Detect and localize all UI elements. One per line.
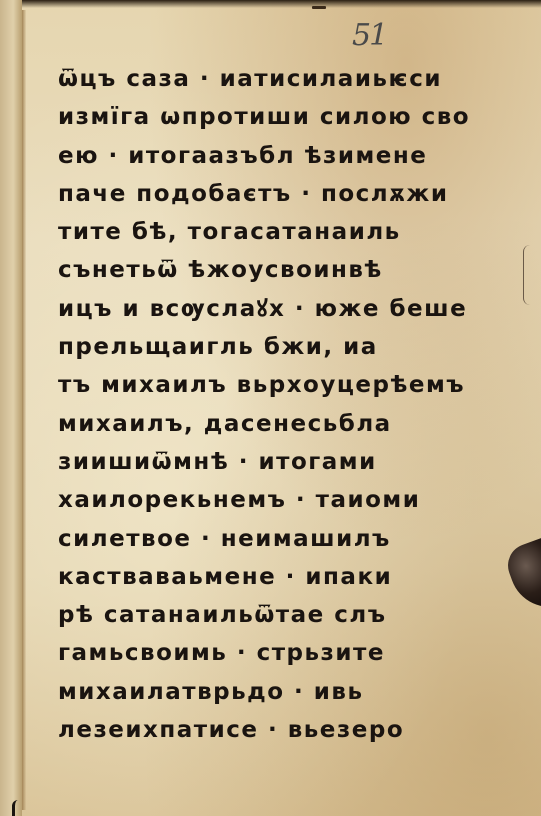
text-line: кастваваьмене · ипаки xyxy=(58,558,508,596)
text-line: ицъ и всѹслаꙋх · юже беше xyxy=(58,290,508,328)
corner-ink-mark xyxy=(12,800,23,816)
text-line: зиишиѿмнѣ · итогами xyxy=(58,443,508,481)
text-line: ѿцъ саза · иатисилаиьѥси xyxy=(58,60,508,98)
text-line: сънетьѿ ѣжоусвоинвѣ xyxy=(58,251,508,289)
top-ink-mark xyxy=(312,6,326,9)
margin-pencil-mark xyxy=(523,245,530,305)
text-line: лезеихпатисе · вьезеро xyxy=(58,711,508,749)
text-line: рѣ сатанаильѿтае слъ xyxy=(58,596,508,634)
manuscript-text: ѿцъ саза · иатисилаиьѥси измїга ѡпротиши… xyxy=(58,60,508,749)
text-line: михаилъ, дасенесьбла xyxy=(58,405,508,443)
text-line: ею · итогаазъбл ѣзимене xyxy=(58,137,508,175)
text-line: паче подобаєтъ · послѫжи xyxy=(58,175,508,213)
text-line: тите бѣ, тогасатанаиль xyxy=(58,213,508,251)
text-line: михаилатврьдо · ивь xyxy=(58,673,508,711)
text-line: гамьсвоимь · стрьзите xyxy=(58,634,508,672)
text-line: тъ михаилъ вьрхоуцерѣемъ xyxy=(58,366,508,404)
text-line: измїга ѡпротиши силою сво xyxy=(58,98,508,136)
text-line: хаилорекьнемъ · таиоми xyxy=(58,481,508,519)
page-top-shadow xyxy=(0,0,541,8)
text-line: силетвое · неимашилъ xyxy=(58,520,508,558)
page-number: 51 xyxy=(352,18,386,53)
gutter-fold xyxy=(22,10,26,810)
text-line: прельщаигль бжи, иа xyxy=(58,328,508,366)
manuscript-page: 51 ѿцъ саза · иатисилаиьѥси измїга ѡпрот… xyxy=(0,0,541,816)
binding-gutter xyxy=(0,0,22,816)
